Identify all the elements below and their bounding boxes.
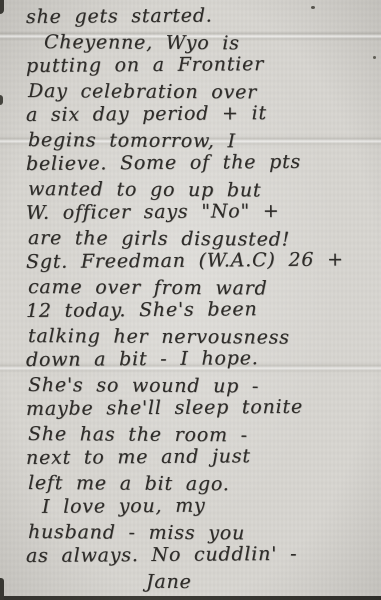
letter-line: believe. Some of the pts (26, 149, 373, 176)
scan-edge-corner-top-left (0, 0, 4, 14)
letter-line: as always. No cuddlin' - (26, 541, 373, 568)
scan-edge-corner-bottom-left (0, 578, 4, 600)
letter-line: down a bit - I hope. (26, 345, 373, 372)
scan-edge-mark-left (0, 95, 3, 105)
letter-line: putting on a Frontier (26, 51, 373, 78)
letter-body: she gets started. Cheyenne, Wyo is putti… (26, 5, 373, 593)
letter-page: she gets started. Cheyenne, Wyo is putti… (0, 0, 381, 600)
scan-edge-bottom (0, 596, 381, 600)
letter-line: she gets started. (26, 2, 373, 29)
letter-line: I love you, my (26, 492, 373, 519)
letter-line: Sgt. Freedman (W.A.C) 26 + (26, 247, 373, 274)
letter-line: next to me and just (26, 443, 373, 470)
letter-line: maybe she'll sleep tonite (26, 394, 373, 421)
letter-line: 12 today. She's been (26, 296, 373, 323)
letter-line: a six day period + it (26, 100, 373, 127)
letter-line: W. officer says "No" + (26, 198, 373, 225)
signature: Jane (28, 569, 375, 596)
